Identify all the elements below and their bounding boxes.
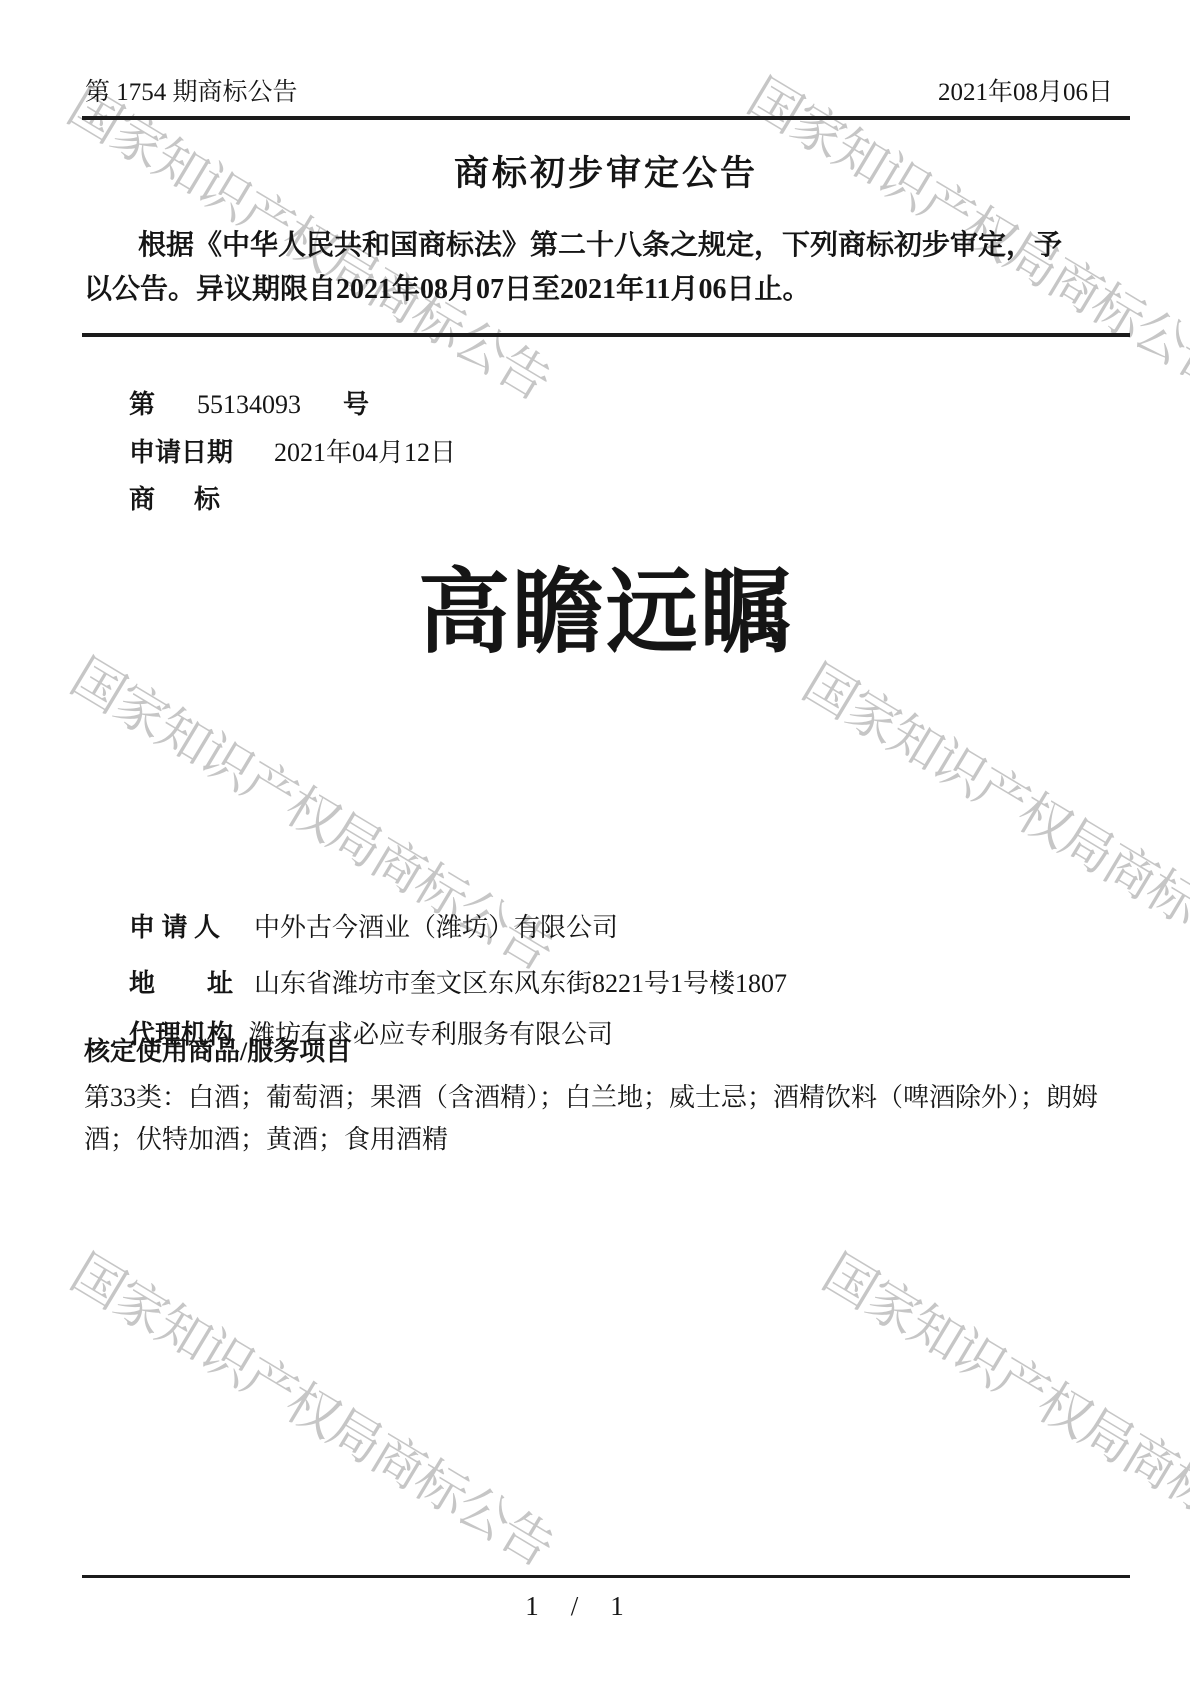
page-indicator: 1/1: [82, 1591, 1067, 1622]
document-content: 第 1754 期商标公告 2021年08月06日 商标初步审定公告 根据《中华人…: [0, 0, 1190, 1684]
page-separator: /: [571, 1591, 579, 1621]
trademark-label-row: 商 标: [90, 449, 220, 546]
page-header: 第 1754 期商标公告 2021年08月06日: [85, 72, 1113, 108]
gazette-issue-label: 第 1754 期商标公告: [85, 72, 298, 108]
header-rule: [82, 116, 1130, 120]
document-title: 商标初步审定公告: [82, 146, 1130, 196]
goods-list: 第33类：白酒；葡萄酒；果酒（含酒精）；白兰地；威士忌；酒精饮料（啤酒除外）；朗…: [84, 1077, 1112, 1161]
notice-paragraph: 根据《中华人民共和国商标法》第二十八条之规定，下列商标初步审定，予 以公告。异议…: [84, 224, 1112, 312]
gazette-page: 国家知识产权局商标公告 国家知识产权局商标公告 国家知识产权局商标公告 国家知识…: [0, 0, 1190, 1684]
goods-line-2: 酒；伏特加酒；黄酒；食用酒精: [84, 1119, 1112, 1161]
application-date-value: 2021年04月12日: [274, 438, 456, 467]
goods-heading: 核定使用商品/服务项目: [84, 1031, 351, 1068]
notice-line-2: 以公告。异议期限自2021年08月07日至2021年11月06日止。: [84, 268, 1112, 312]
gazette-date: 2021年08月06日: [938, 72, 1113, 108]
trademark-label: 商 标: [129, 479, 220, 516]
current-page-number: 1: [525, 1591, 539, 1621]
trademark-image-text: 高瞻远瞩: [82, 566, 1130, 658]
section-rule: [82, 333, 1130, 337]
notice-line-1: 根据《中华人民共和国商标法》第二十八条之规定，下列商标初步审定，予: [84, 224, 1112, 268]
goods-line-1: 第33类：白酒；葡萄酒；果酒（含酒精）；白兰地；威士忌；酒精饮料（啤酒除外）；朗…: [84, 1077, 1112, 1119]
footer-rule: [82, 1575, 1130, 1578]
total-page-number: 1: [610, 1591, 624, 1621]
